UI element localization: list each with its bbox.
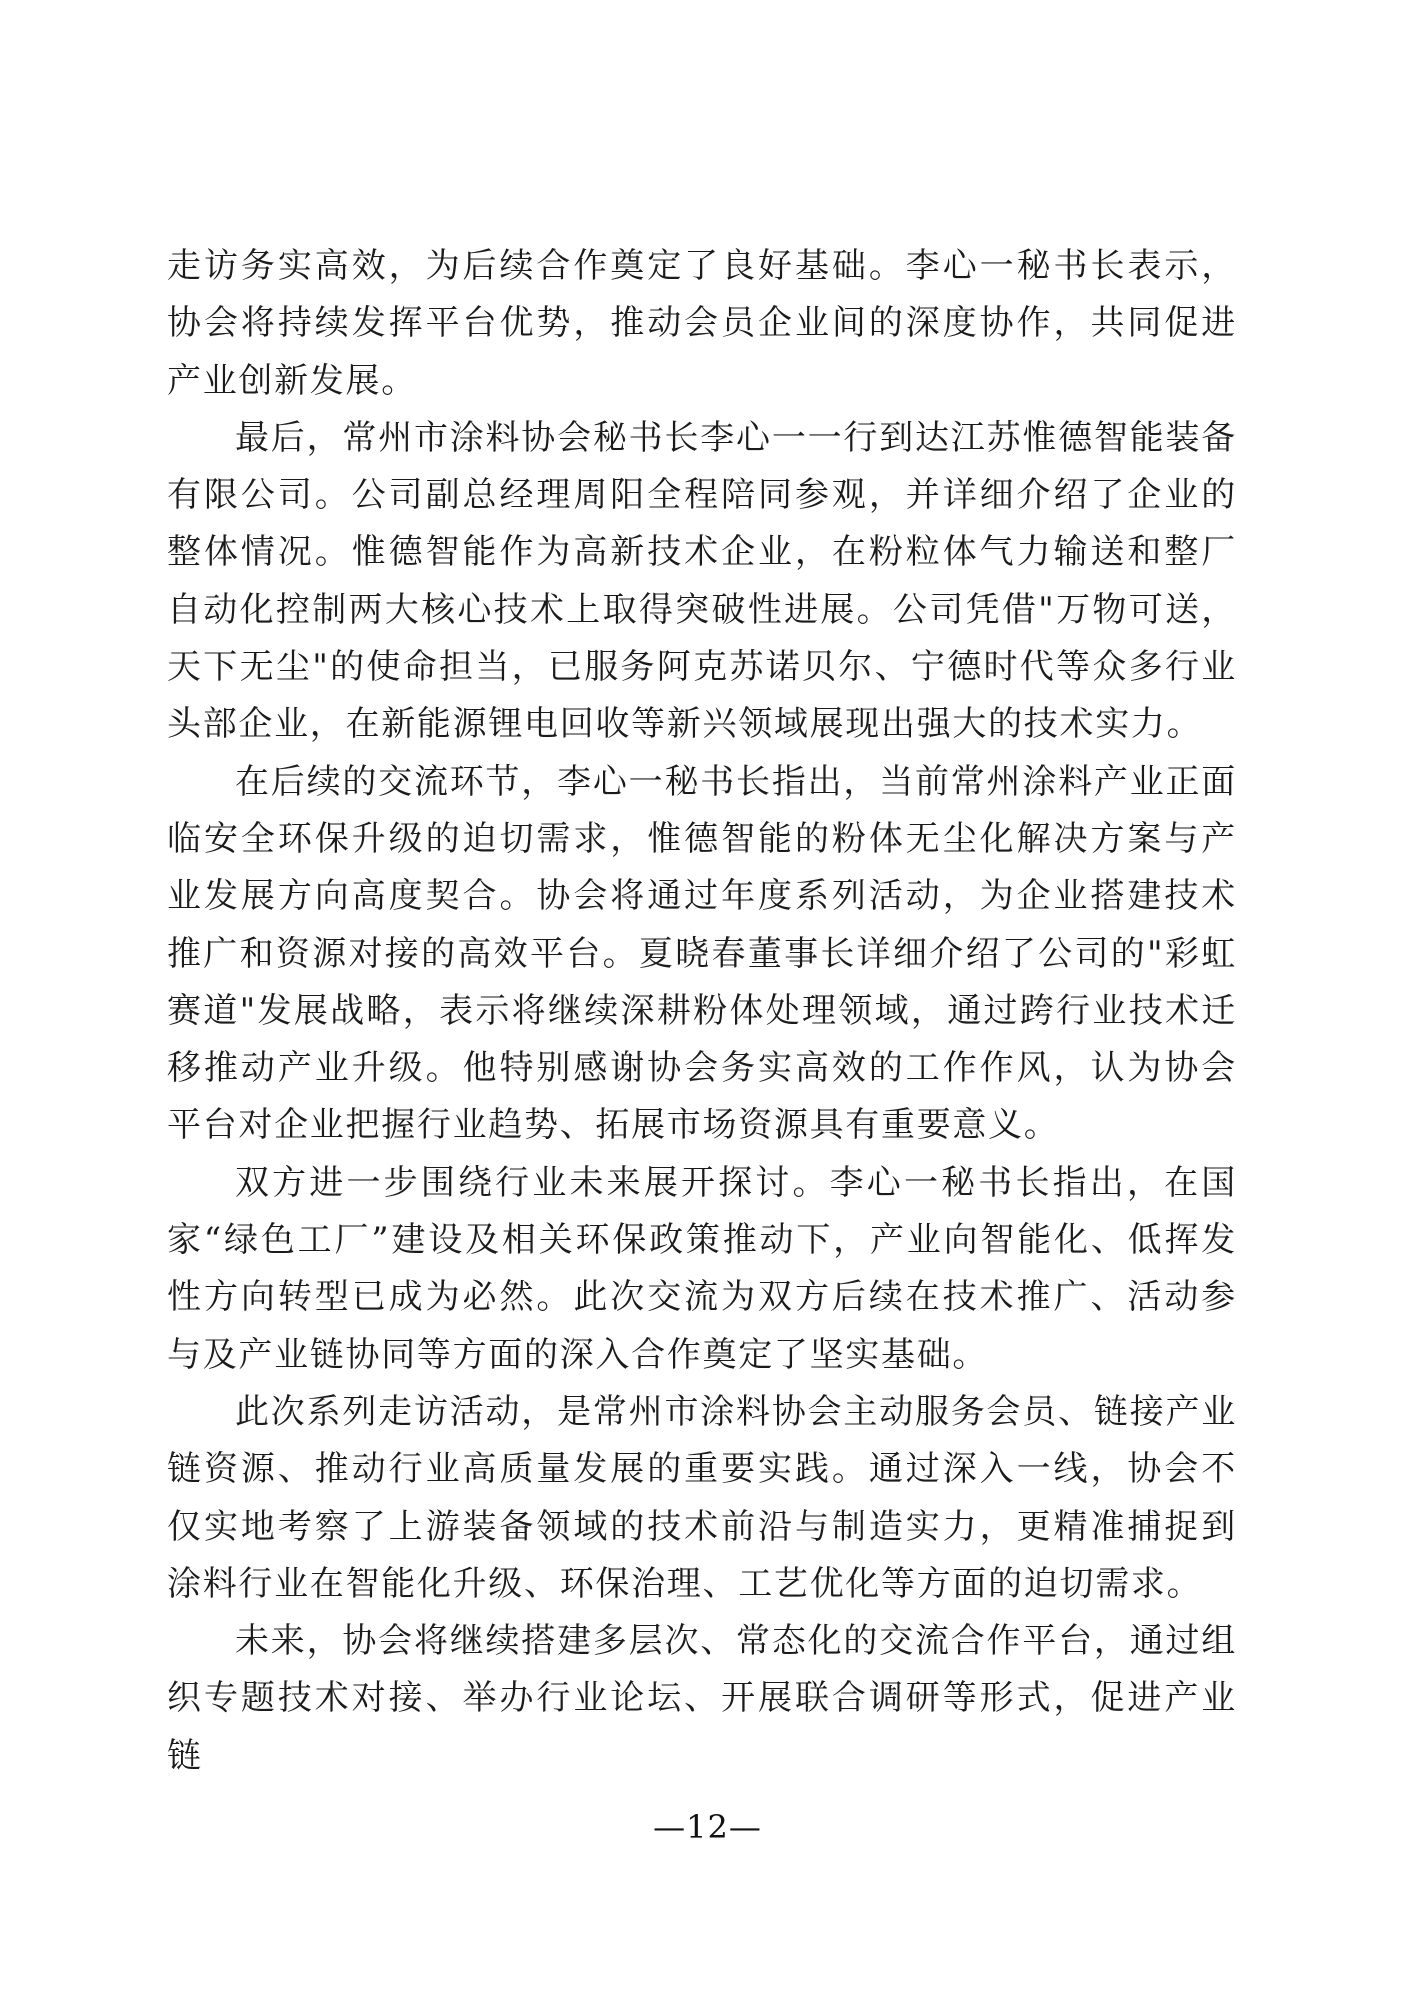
- page-number: —12—: [653, 1808, 762, 1846]
- body-paragraph: 最后，常州市涂料协会秘书长李心一一行到达江苏惟德智能装备有限公司。公司副总经理周…: [167, 410, 1237, 754]
- body-paragraph: 未来，协会将继续搭建多层次、常态化的交流合作平台，通过组织专题技术对接、举办行业…: [167, 1613, 1237, 1785]
- body-paragraph: 走访务实高效，为后续合作奠定了良好基础。李心一秘书长表示，协会将持续发挥平台优势…: [167, 238, 1237, 410]
- body-paragraph: 在后续的交流环节，李心一秘书长指出，当前常州涂料产业正面临安全环保升级的迫切需求…: [167, 754, 1237, 1155]
- body-paragraph: 此次系列走访活动，是常州市涂料协会主动服务会员、链接产业链资源、推动行业高质量发…: [167, 1384, 1237, 1613]
- page-footer: —12—: [0, 1810, 1415, 1845]
- document-page: 走访务实高效，为后续合作奠定了良好基础。李心一秘书长表示，协会将持续发挥平台优势…: [0, 0, 1415, 2000]
- document-body: 走访务实高效，为后续合作奠定了良好基础。李心一秘书长表示，协会将持续发挥平台优势…: [167, 238, 1237, 1785]
- body-paragraph: 双方进一步围绕行业未来展开探讨。李心一秘书长指出，在国家“绿色工厂”建设及相关环…: [167, 1155, 1237, 1384]
